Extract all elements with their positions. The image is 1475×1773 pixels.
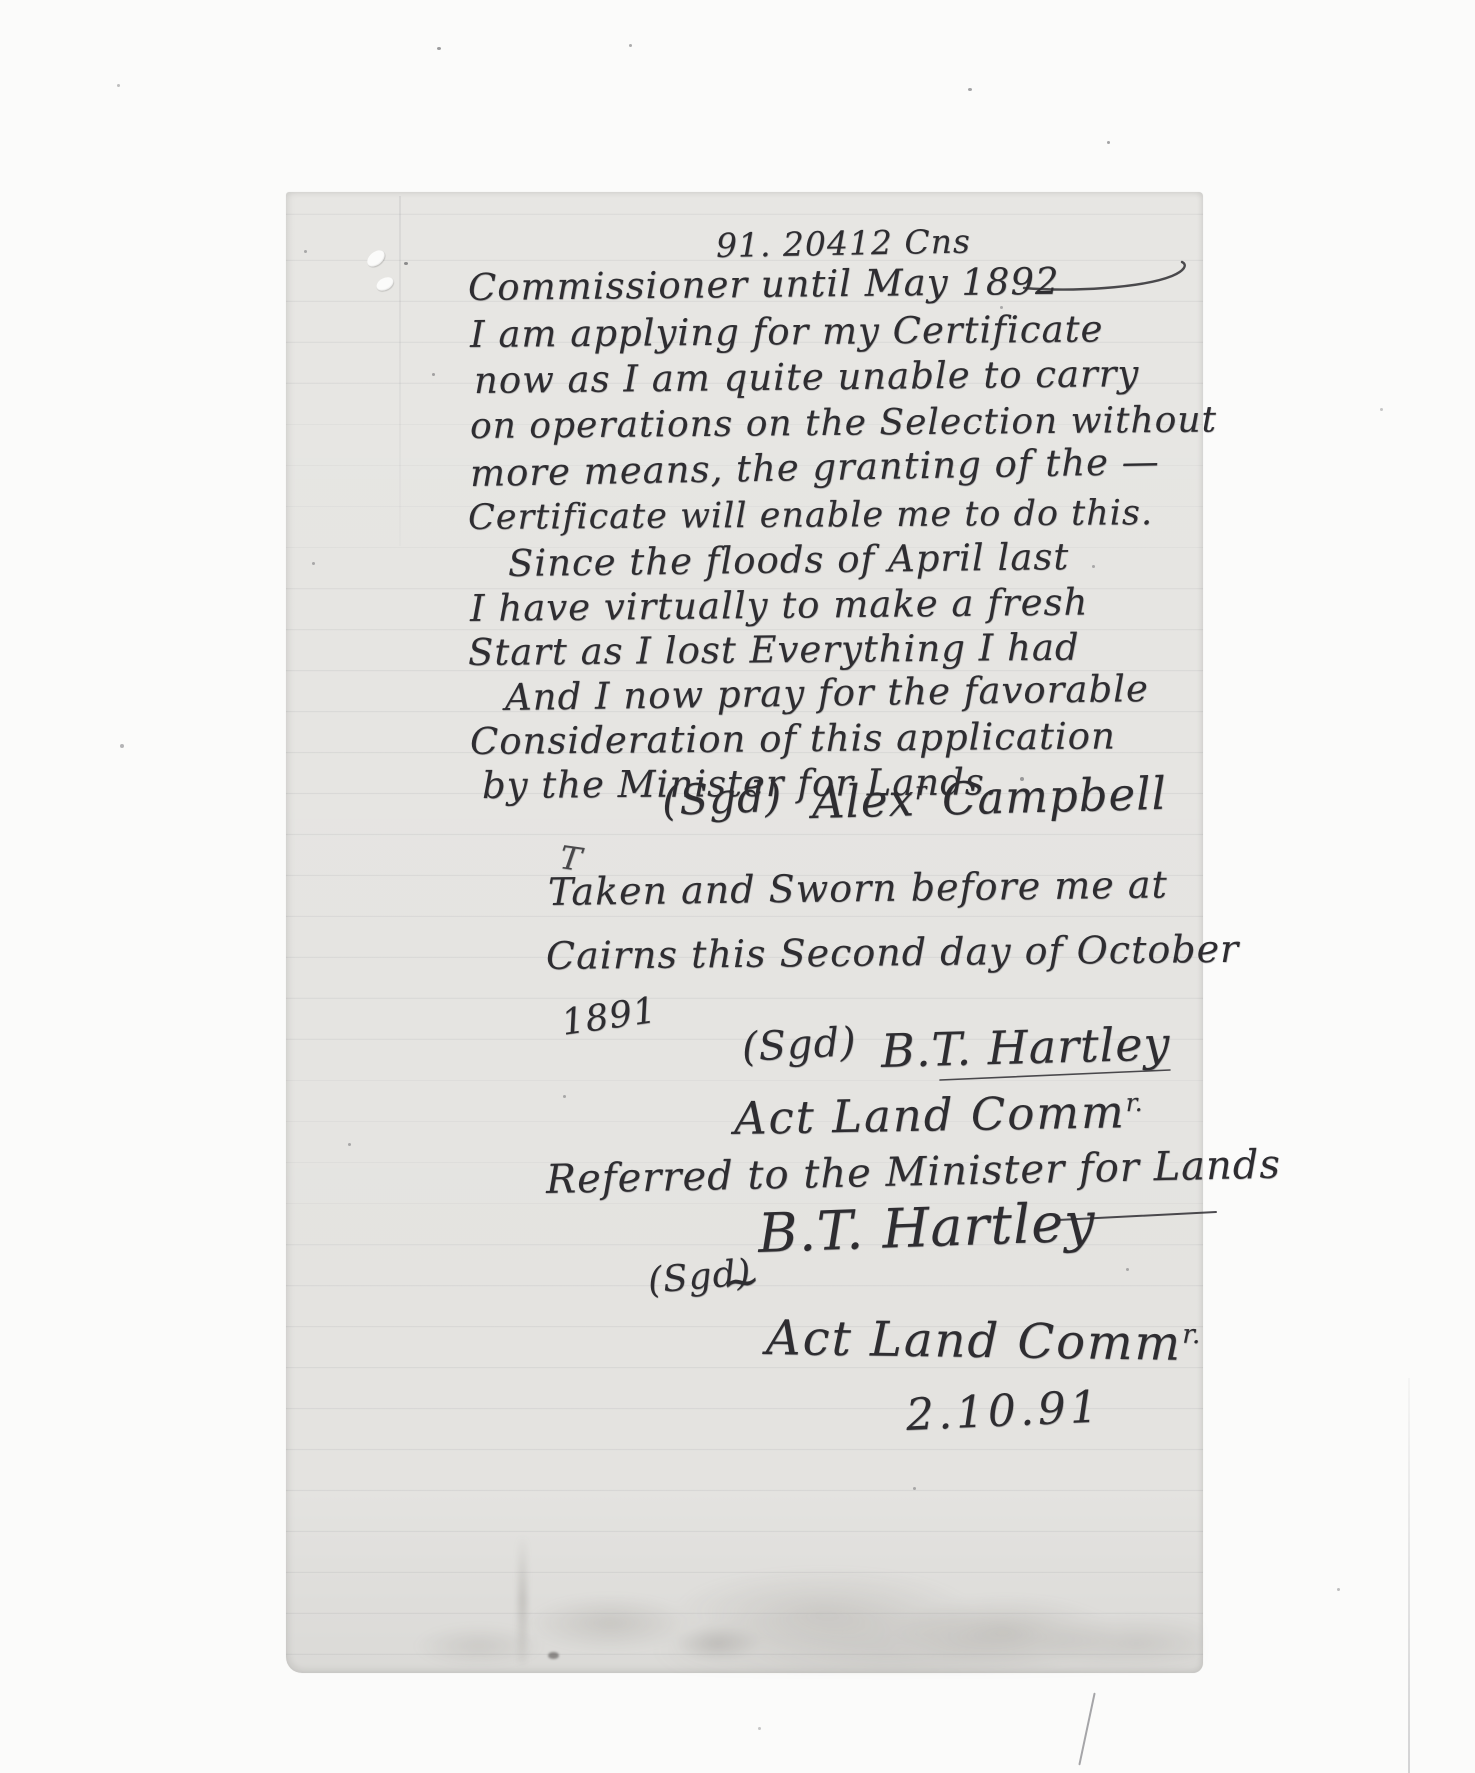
- paper-speck: [1092, 565, 1095, 568]
- body-line: I am applying for my Certificate: [470, 309, 1104, 355]
- applicant-signature-name: Alexr Campbell: [812, 769, 1168, 828]
- dust-speck: [758, 1727, 761, 1730]
- scan-artifact-slash: [1078, 1693, 1095, 1766]
- dust-speck: [117, 84, 120, 87]
- paper-stain-streak: [518, 1536, 527, 1664]
- paper-speck: [1126, 1268, 1129, 1271]
- paper-speck: [1020, 777, 1024, 781]
- commissioner-title: Act Land Commr.: [734, 1087, 1144, 1144]
- ink-blot: [548, 1652, 559, 1659]
- dust-speck: [120, 744, 124, 748]
- signature-name-main: Alex: [812, 773, 916, 829]
- dust-speck: [1380, 408, 1383, 411]
- dust-speck: [304, 250, 307, 253]
- body-line: Consideration of this application: [470, 716, 1116, 762]
- sgd-label: (Sgd): [661, 774, 783, 824]
- signature-tilde-mark: ~: [719, 1254, 764, 1308]
- paper-speck: [1000, 306, 1003, 309]
- referral-title: Act Land Commr.: [766, 1312, 1201, 1371]
- applicant-signature: (Sgd) Alexr Campbell: [662, 778, 1167, 828]
- paper-speck: [312, 562, 315, 565]
- paper-crease: [399, 196, 401, 546]
- referral-signature-name: B.T. Hartley: [757, 1192, 1097, 1263]
- paper-speck: [348, 1143, 351, 1146]
- title-superscript: r.: [1182, 1319, 1201, 1350]
- paper-speck: [563, 1095, 566, 1098]
- dust-speck: [629, 44, 632, 47]
- signature-underline: [938, 1066, 1174, 1084]
- referral-date: 2.10.91: [905, 1383, 1103, 1440]
- body-line: Commissioner until May 1892: [468, 262, 1060, 309]
- dust-speck: [1337, 1588, 1340, 1591]
- body-line: Since the floods of April last: [508, 537, 1070, 585]
- pen-flourish: [1022, 258, 1192, 294]
- body-line: Certificate will enable me to do this.: [468, 494, 1153, 537]
- paper-speck: [404, 262, 408, 265]
- dust-speck: [968, 88, 972, 91]
- body-line: on operations on the Selection without: [470, 400, 1217, 446]
- title-main: Act Land Comm: [766, 1310, 1183, 1372]
- dust-speck: [1107, 141, 1110, 144]
- scanned-document-canvas: 91. 20412 Cns Commissioner until May 189…: [0, 0, 1475, 1773]
- paper-speck: [913, 1487, 916, 1490]
- scan-artifact-line: [1408, 1378, 1410, 1773]
- docket-number: 91. 20412 Cns: [716, 224, 971, 265]
- body-line: And I now pray for the favorable: [505, 669, 1149, 719]
- body-line: I have virtually to make a fresh: [470, 583, 1089, 630]
- body-line: now as I am quite unable to carry: [474, 354, 1140, 402]
- jurat-line: Taken and Sworn before me at: [548, 864, 1168, 913]
- body-line: Start as I lost Everything I had: [468, 628, 1080, 674]
- paper-stain: [380, 1528, 1202, 1672]
- dust-speck: [437, 47, 441, 50]
- paper-speck: [432, 373, 435, 376]
- sgd-label: (Sgd): [741, 1020, 858, 1070]
- signature-name-rest: Campbell: [926, 767, 1168, 826]
- jurat-line: Cairns this Second day of October: [546, 929, 1240, 978]
- signature-dash: [1056, 1208, 1221, 1224]
- title-superscript: r.: [1125, 1088, 1142, 1117]
- title-main: Act Land Comm: [734, 1085, 1127, 1145]
